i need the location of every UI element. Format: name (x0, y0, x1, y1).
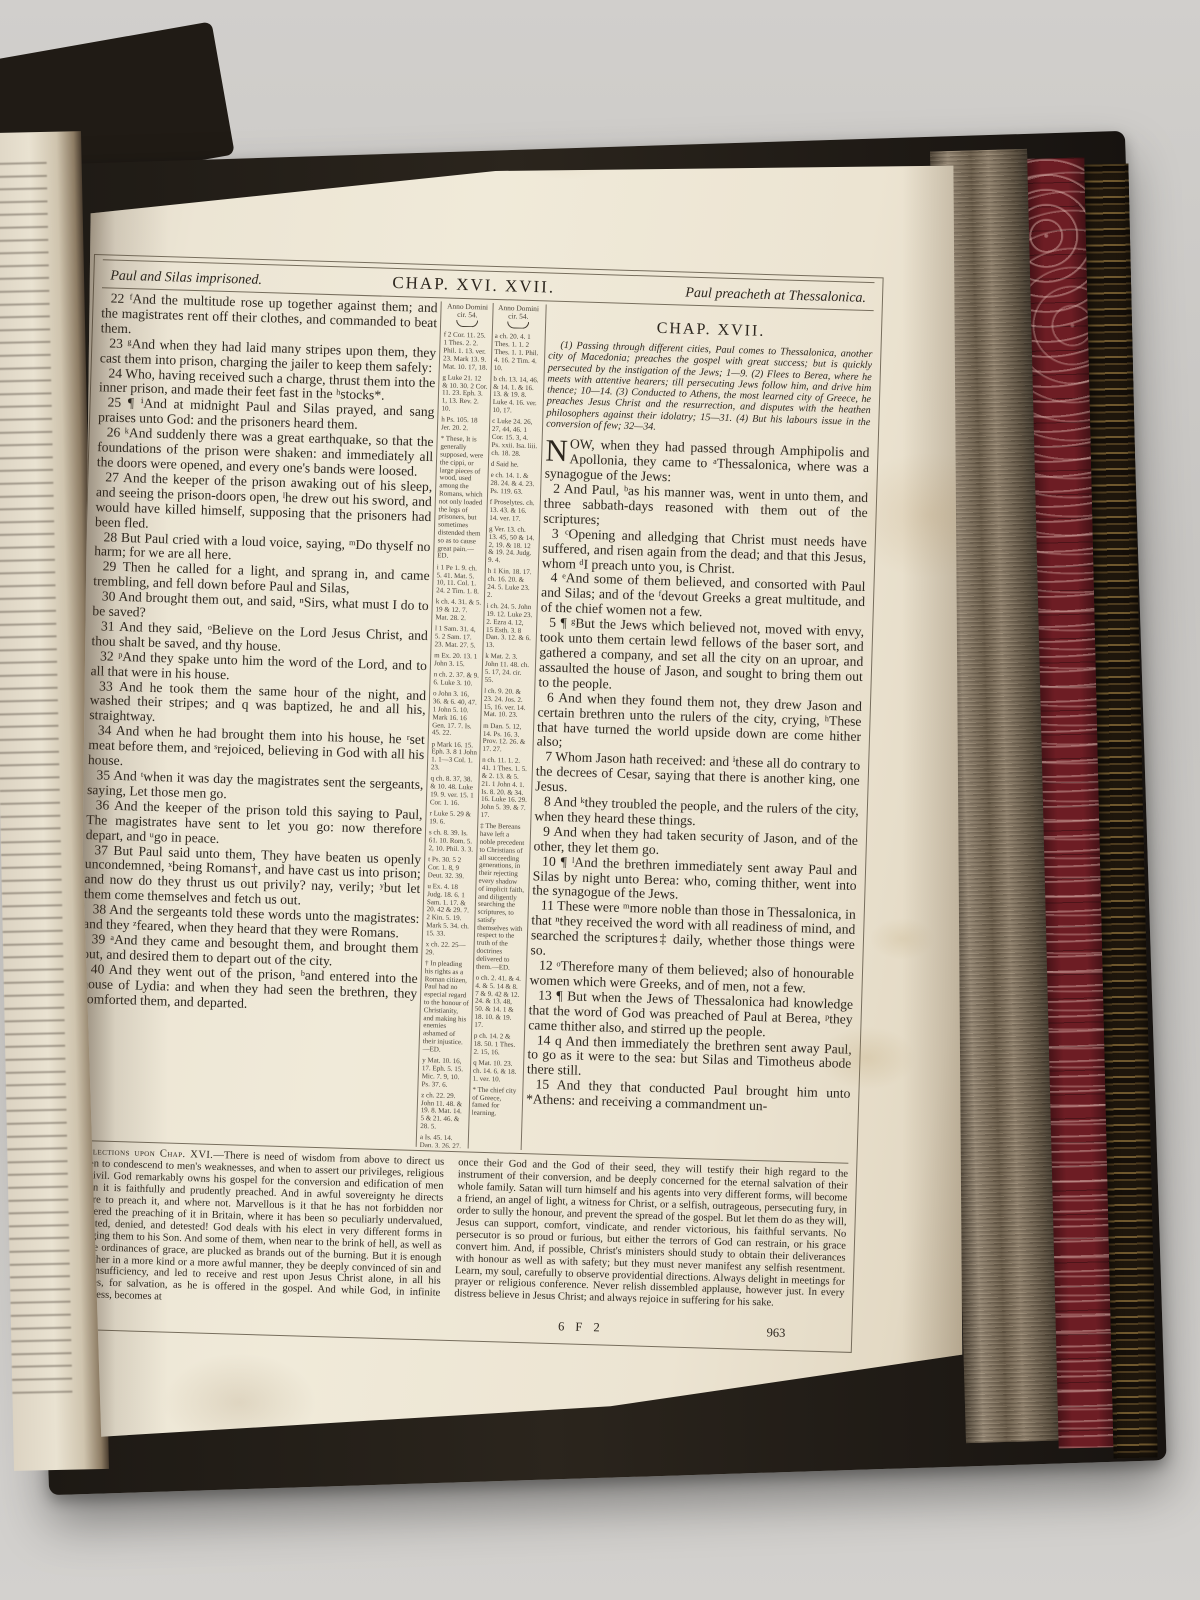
cross-reference: l ch. 9. 20. & 23. 24. Jos. 2. 15, 16. v… (483, 688, 530, 721)
running-head-left: Paul and Silas imprisoned. (110, 268, 262, 288)
cross-reference: y Mat. 10. 16, 17. Eph. 5. 15. Mic. 7. 9… (421, 1057, 468, 1090)
cross-reference: n ch. 11. 1. 2. 41. 1 Thes. 1. 5. & 2. 1… (480, 757, 528, 821)
cross-reference: x ch. 22. 25—29. (425, 941, 471, 958)
cross-reference: p ch. 14. 2 & 18. 50. 1 Thes. 2. 15, 16. (473, 1033, 520, 1058)
brace-ornament (507, 322, 529, 330)
verse-paragraph: 27 And the keeper of the prison awaking … (95, 470, 433, 540)
verse-paragraph: 40 And they went out of the prison, ᵇand… (81, 962, 418, 1017)
cross-reference: z ch. 22. 29. John 11. 48. & 19. 8. Mat.… (420, 1092, 467, 1132)
cross-reference: k ch. 4. 31. & 5. 19 & 12. 7. Mat. 28. 2… (435, 599, 482, 624)
cross-reference: n ch. 2. 37. & 9. 6. Luke 3. 10. (433, 672, 479, 689)
cross-reference: s ch. 8. 39. Is. 61. 10. Rom. 5. 2, 10. … (428, 829, 475, 854)
running-head-right: Paul preacheth at Thessalonica. (685, 286, 866, 307)
cross-reference: q Mat. 10. 23. ch. 14. 6. & 18. 1. ver. … (473, 1060, 520, 1085)
cross-reference: m Dan. 5. 12, 14. Ps. 16. 3. Prov. 12. 2… (482, 723, 529, 756)
cross-reference: † In pleading his rights as a Roman citi… (422, 960, 471, 1055)
cross-reference: f 2 Cor. 11. 25. 1 Thes. 2. 2. Phil. 1. … (443, 332, 490, 372)
verse-paragraph: 6 And when they found them not, they dre… (536, 690, 862, 759)
page-number: 963 (766, 1326, 785, 1342)
verse-text: OW, when they had passed through Amphipo… (544, 436, 869, 484)
text-columns: 22 ᶠAnd the multitude rose up together a… (77, 291, 874, 1160)
anno-domini-left: Anno Domini cir. 54. (444, 302, 490, 320)
reflections-left: Reflections upon Chap. XVI.—There is nee… (72, 1146, 444, 1312)
cross-reference: e ch. 14. 1. & 28. 24. & 4. 23. Ps. 119.… (490, 472, 537, 497)
cross-reference: g Ver. 13. ch. 13. 45, 50 & 14. 2, 19. &… (488, 526, 535, 566)
cross-reference: a Is. 45. 14. Dan. 3. 26, 27. & 6. 23. M… (420, 1134, 466, 1148)
cross-reference: m Ex. 20. 13. 1 John 3. 15. (434, 652, 480, 669)
reflections-section: Reflections upon Chap. XVI.—There is nee… (72, 1146, 848, 1324)
drop-cap: N (545, 437, 570, 464)
brace-ornament (456, 320, 478, 328)
cross-reference: i ch. 24. 5. John 19. 12. Luke 23. 2. Ez… (485, 603, 532, 651)
right-page: Paul and Silas imprisoned. CHAP. XVI. XV… (80, 118, 964, 1442)
cross-reference: h 1 Kin. 18. 17. ch. 16. 20. & 24. 5. Lu… (487, 568, 534, 601)
anno-domini-right: Anno Domini cir. 54. (495, 304, 541, 322)
cross-reference: * These, It is generally supposed, were … (437, 436, 487, 562)
cross-reference: i 1 Pe 1. 9. ch. 5. 41. Mat. 5. 10, 11. … (436, 564, 483, 597)
chapter-heading: CHAP. XVII. (549, 319, 873, 344)
left-page-text-lines (0, 162, 73, 1403)
reflections-left-text: —There is need of wisdom from above to d… (72, 1150, 444, 1302)
cross-reference: a ch. 20. 4. 1 Thes. 1. 1. 2 Thes. 1. 1.… (494, 333, 541, 373)
cross-reference: o John 3. 16, 36. & 6. 40, 47. 1 John 5.… (432, 691, 479, 739)
printed-text-area: Paul and Silas imprisoned. CHAP. XVI. XV… (62, 254, 884, 1353)
cross-reference: g Luke 21. 12 & 10. 30. 2 Cor. 11. 23. E… (441, 374, 488, 414)
cross-reference: h Ps. 105. 18 Jer. 20. 2. (441, 417, 487, 434)
running-head-center: CHAP. XVI. XVII. (392, 273, 555, 298)
cross-reference: c Luke 24. 26, 27, 44, 46. 1 Cor. 15. 3,… (491, 418, 538, 458)
cross-reference: t Ps. 30. 5 2 Cor. 1. 8, 9 Deut. 32. 39. (428, 856, 475, 881)
verse-paragraph: 11 These were ᵐmore noble than those in … (530, 899, 856, 968)
cross-reference: ‡ The Bereans have left a noble preceden… (476, 823, 526, 972)
column-acts-xvi: 22 ᶠAnd the multitude rose up together a… (77, 291, 438, 1147)
cross-reference: q ch. 8. 37, 38. & 10. 48. Luke 19. 9. v… (430, 776, 477, 809)
cross-reference: o ch. 2. 41. & 4. 4. & 5. 14 & 8. 7 & 9.… (474, 975, 522, 1031)
column-acts-xvii: CHAP. XVII. (1) Passing through differen… (525, 305, 874, 1161)
cross-reference: r Luke 5. 29 & 19. 6. (429, 810, 475, 827)
signature-mark: 6 F 2 (558, 1319, 604, 1335)
chapter-summary: (1) Passing through different cities, Pa… (546, 339, 873, 439)
cross-reference: p Mark 16. 15. Eph. 3. 8 1 John 1. 1—3 C… (431, 741, 478, 774)
cross-reference: u Ex. 4. 18 Judg. 18. 6. 1 Sam. 1. 17. &… (426, 883, 474, 939)
cross-reference: f Proselytes. ch. 13. 43. & 16. 14. ver.… (489, 499, 536, 524)
cross-reference: d Said he. (491, 461, 537, 470)
reflections-right: once their God and the God of their seed… (454, 1158, 848, 1324)
cross-reference: k Mat. 2. 3. John 11. 48. ch. 5. 17, 24.… (484, 653, 531, 686)
verse-paragraph: 5 ¶ ᵍBut the Jews which believed not, mo… (538, 616, 864, 700)
cross-reference: * The chief city of Greece, famed for le… (472, 1086, 519, 1119)
photo-of-open-bible: Paul and Silas imprisoned. CHAP. XVI. XV… (0, 0, 1200, 1600)
verses-list: 2 And Paul, ᵇas his manner was, went in … (526, 481, 868, 1116)
cross-reference: l 1 Sam. 31. 4, 5. 2 Sam. 17. 23. Mat. 2… (434, 626, 481, 651)
cross-reference: b ch. 13. 14, 46. & 14. 1. & 16. 13. & 1… (492, 376, 539, 416)
